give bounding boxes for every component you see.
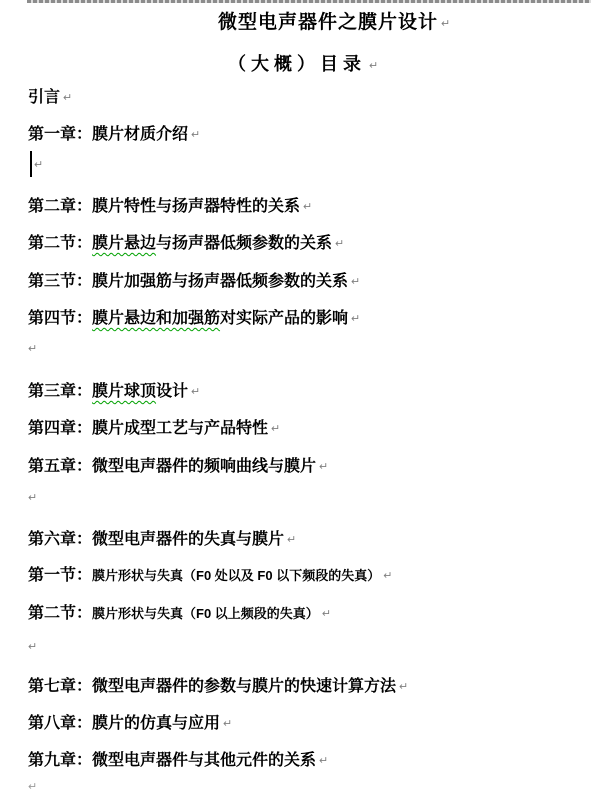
pilcrow-icon: ↵: [191, 386, 200, 398]
grammar-squiggle-text: 膜片悬边: [92, 235, 156, 252]
pilcrow-icon: ↵: [322, 608, 331, 620]
toc-line-intro: 引言↵: [28, 88, 72, 108]
line-prefix: 第二节：: [28, 235, 92, 252]
line-text: 设计: [156, 383, 188, 400]
grammar-squiggle-text: 膜片球顶: [92, 383, 156, 400]
line-text-small: 膜片形状与失真（F0 以上频段的失真）: [92, 606, 319, 621]
line-text: 第七章：微型电声器件的参数与膜片的快速计算方法: [28, 678, 396, 695]
doc-subtitle: （大概）目录↵: [228, 54, 378, 76]
line-text: 对实际产品的影响: [220, 310, 348, 327]
pilcrow-icon: ↵: [271, 423, 280, 435]
pilcrow-icon: ↵: [399, 681, 408, 693]
toc-line-chapter-9: 第九章：微型电声器件与其他元件的关系↵: [28, 751, 328, 771]
pilcrow-icon: ↵: [319, 461, 328, 473]
text-caret: [30, 151, 32, 177]
doc-title: 微型电声器件之膜片设计↵: [218, 13, 450, 34]
doc-title-text: 微型电声器件之膜片设计: [218, 12, 438, 33]
toc-line-chapter-8: 第八章：膜片的仿真与应用↵: [28, 714, 232, 734]
toc-line-chapter-3: 第三章：膜片球顶设计↵: [28, 382, 200, 402]
grammar-squiggle-text: 膜片悬边和加强筋: [92, 310, 220, 327]
line-prefix: 第一节：: [28, 567, 92, 584]
line-text: 第三节：膜片加强筋与扬声器低频参数的关系: [28, 273, 348, 290]
empty-paragraph: ↵: [28, 641, 37, 653]
line-text: 第五章：微型电声器件的频响曲线与膜片: [28, 458, 316, 475]
line-prefix: 第三章：: [28, 383, 92, 400]
doc-subtitle-text: （大概）目录: [228, 54, 366, 74]
empty-paragraph: ↵: [28, 492, 37, 504]
line-text: 与扬声器低频参数的关系: [156, 235, 332, 252]
line-prefix: 第四节：: [28, 310, 92, 327]
toc-line-chapter-1: 第一章：膜片材质介绍↵: [28, 125, 200, 145]
pilcrow-icon: ↵: [335, 238, 344, 250]
line-text: 第二章：膜片特性与扬声器特性的关系: [28, 198, 300, 215]
pilcrow-icon: ↵: [351, 313, 360, 325]
pilcrow-icon: ↵: [28, 781, 37, 793]
document-page[interactable]: 微型电声器件之膜片设计↵ （大概）目录↵ 引言↵ 第一章：膜片材质介绍↵ ↵ 第…: [0, 0, 591, 794]
pilcrow-icon: ↵: [223, 718, 232, 730]
pilcrow-icon: ↵: [383, 570, 392, 582]
pilcrow-icon: ↵: [63, 92, 72, 104]
line-text: 第九章：微型电声器件与其他元件的关系: [28, 752, 316, 769]
toc-line-section-6-2: 第二节：膜片形状与失真（F0 以上频段的失真）↵: [28, 604, 331, 624]
toc-line-chapter-4: 第四章：膜片成型工艺与产品特性↵: [28, 419, 280, 439]
line-text: 引言: [28, 89, 60, 106]
pilcrow-icon: ↵: [28, 492, 37, 504]
pilcrow-icon: ↵: [441, 18, 450, 30]
pilcrow-icon: ↵: [369, 60, 378, 72]
line-text: 第一章：膜片材质介绍: [28, 126, 188, 143]
pilcrow-icon: ↵: [28, 641, 37, 653]
pilcrow-icon: ↵: [191, 129, 200, 141]
line-text-small: 膜片形状与失真（F0 处以及 F0 以下频段的失真）: [92, 568, 380, 583]
toc-line-section-2-3: 第三节：膜片加强筋与扬声器低频参数的关系↵: [28, 272, 360, 292]
toc-line-section-2-2: 第二节：膜片悬边与扬声器低频参数的关系↵: [28, 234, 344, 254]
toc-line-section-2-4: 第四节：膜片悬边和加强筋对实际产品的影响↵: [28, 309, 360, 329]
line-text: 第四章：膜片成型工艺与产品特性: [28, 420, 268, 437]
pilcrow-icon: ↵: [351, 276, 360, 288]
toc-line-chapter-2: 第二章：膜片特性与扬声器特性的关系↵: [28, 197, 312, 217]
empty-paragraph: ↵: [28, 343, 37, 355]
toc-line-chapter-6: 第六章：微型电声器件的失真与膜片↵: [28, 530, 296, 550]
line-text: 第八章：膜片的仿真与应用: [28, 715, 220, 732]
pilcrow-icon: ↵: [34, 158, 43, 171]
line-text: 第六章：微型电声器件的失真与膜片: [28, 531, 284, 548]
toc-line-section-6-1: 第一节：膜片形状与失真（F0 处以及 F0 以下频段的失真）↵: [28, 566, 392, 586]
toc-line-chapter-5: 第五章：微型电声器件的频响曲线与膜片↵: [28, 457, 328, 477]
line-prefix: 第二节：: [28, 605, 92, 622]
pilcrow-icon: ↵: [319, 755, 328, 767]
empty-paragraph: ↵: [28, 781, 37, 793]
toc-line-chapter-7: 第七章：微型电声器件的参数与膜片的快速计算方法↵: [28, 677, 408, 697]
pilcrow-icon: ↵: [28, 343, 37, 355]
pilcrow-icon: ↵: [287, 534, 296, 546]
pilcrow-icon: ↵: [303, 201, 312, 213]
page-boundary-line: [27, 0, 591, 3]
